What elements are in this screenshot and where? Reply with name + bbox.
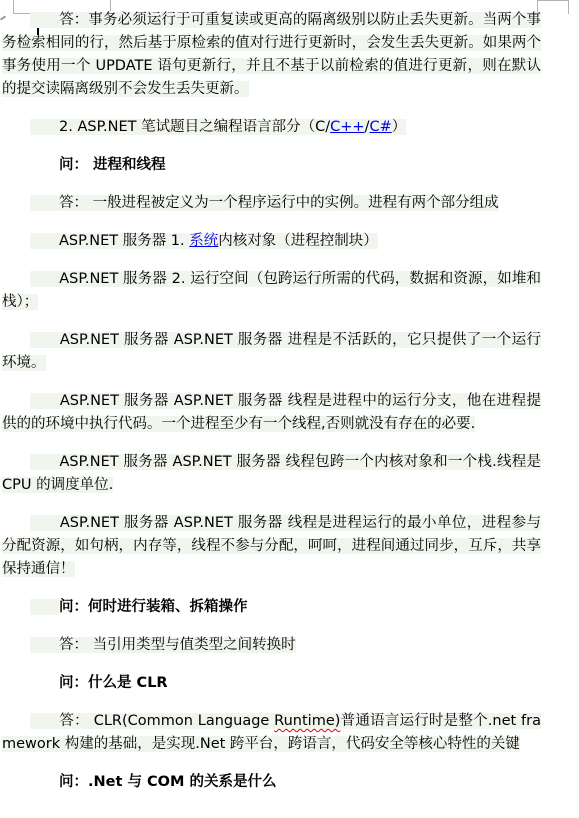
highlighted-text: 答： CLR(Common Language Runtime)普通语言运行时是整… (2, 713, 541, 752)
highlighted-text: 答： 当引用类型与值类型之间转换时 (30, 637, 296, 653)
question-text: 问：什么是 CLR (30, 675, 168, 691)
paragraph-answer-process-inactive: ASP.NET 服务器 ASP.NET 服务器 进程是不活跃的，它只提供了一个运… (2, 329, 541, 375)
answer-text: 答： CLR(Common Language (30, 713, 274, 729)
question-text: 问：.Net 与 COM 的关系是什么 (30, 774, 276, 790)
document-body: 答：事务必须运行于可重复读或更高的隔离级别以防止丢失更新。当两个事务检索相同的行… (2, 9, 541, 809)
paragraph-answer-boxing: 答： 当引用类型与值类型之间转换时 (2, 634, 541, 657)
highlighted-indent (30, 599, 59, 615)
highlighted-text: ASP.NET 服务器 ASP.NET 服务器 线程是进程中的运行分支，他在进程… (2, 393, 541, 432)
highlighted-text: ASP.NET 服务器 2. 运行空间（包跨运行所需的代码，数据和资源，如堆和栈… (2, 271, 541, 310)
paragraph-answer-process-definition: 答： 一般进程被定义为一个程序运行中的实例。进程有两个部分组成 (2, 192, 541, 215)
heading-text-end: ） (392, 119, 407, 135)
link-system[interactable]: 系统 (189, 233, 218, 249)
heading-text: 2. ASP.NET 笔试题目之编程语言部分（C/ (30, 119, 330, 135)
highlighted-text: 2. ASP.NET 笔试题目之编程语言部分（C/C++/C#） (30, 119, 406, 135)
paragraph-answer-run-space: ASP.NET 服务器 2. 运行空间（包跨运行所需的代码，数据和资源，如堆和栈… (2, 268, 541, 314)
paragraph-answer-thread-branch: ASP.NET 服务器 ASP.NET 服务器 线程是进程中的运行分支，他在进程… (2, 390, 541, 436)
link-cpp[interactable]: C++ (330, 119, 364, 135)
paragraph-question-clr: 问：什么是 CLR (2, 672, 541, 695)
boundary-corner-mark-right (537, 0, 569, 14)
highlighted-text: ASP.NET 服务器 ASP.NET 服务器 线程包跨一个内核对象和一个栈.线… (2, 454, 541, 493)
paragraph-answer-kernel-object: ASP.NET 服务器 1. 系统内核对象（进程控制块） (2, 230, 541, 253)
paragraph-question-net-com: 问：.Net 与 COM 的关系是什么 (2, 771, 541, 794)
paragraph-question-boxing: 问：何时进行装箱、拆箱操作 (2, 596, 541, 619)
highlighted-text: ASP.NET 服务器 ASP.NET 服务器 线程是进程运行的最小单位，进程参… (2, 515, 541, 577)
highlighted-text: 答：事务必须运行于可重复读或更高的隔离级别以防止丢失更新。当两个事务检索相同的行… (2, 12, 541, 97)
highlighted-text: ASP.NET 服务器 1. 系统内核对象（进程控制块） (30, 233, 378, 249)
link-csharp[interactable]: C# (369, 119, 391, 135)
document-page: 答：事务必须运行于可重复读或更高的隔离级别以防止丢失更新。当两个事务检索相同的行… (0, 0, 579, 818)
answer-text: ASP.NET 服务器 1. (30, 233, 189, 249)
answer-text-end: 内核对象（进程控制块） (218, 233, 378, 249)
question-text: 问：何时进行装箱、拆箱操作 (59, 599, 248, 615)
question-text: 问： 进程和线程 (30, 157, 166, 173)
paragraph-section-heading: 2. ASP.NET 笔试题目之编程语言部分（C/C++/C#） (2, 116, 541, 139)
paragraph-answer-lost-update: 答：事务必须运行于可重复读或更高的隔离级别以防止丢失更新。当两个事务检索相同的行… (2, 9, 541, 101)
paragraph-answer-thread-smallest-unit: ASP.NET 服务器 ASP.NET 服务器 线程是进程运行的最小单位，进程参… (2, 512, 541, 581)
highlighted-text: 答： 一般进程被定义为一个程序运行中的实例。进程有两个部分组成 (30, 195, 499, 211)
highlighted-text: ASP.NET 服务器 ASP.NET 服务器 进程是不活跃的，它只提供了一个运… (2, 332, 541, 371)
paragraph-question-process-thread: 问： 进程和线程 (2, 154, 541, 177)
spellcheck-flagged-word: Runtime) (274, 713, 340, 729)
paragraph-answer-clr: 答： CLR(Common Language Runtime)普通语言运行时是整… (2, 710, 541, 756)
paragraph-answer-thread-cpu: ASP.NET 服务器 ASP.NET 服务器 线程包跨一个内核对象和一个栈.线… (2, 451, 541, 497)
